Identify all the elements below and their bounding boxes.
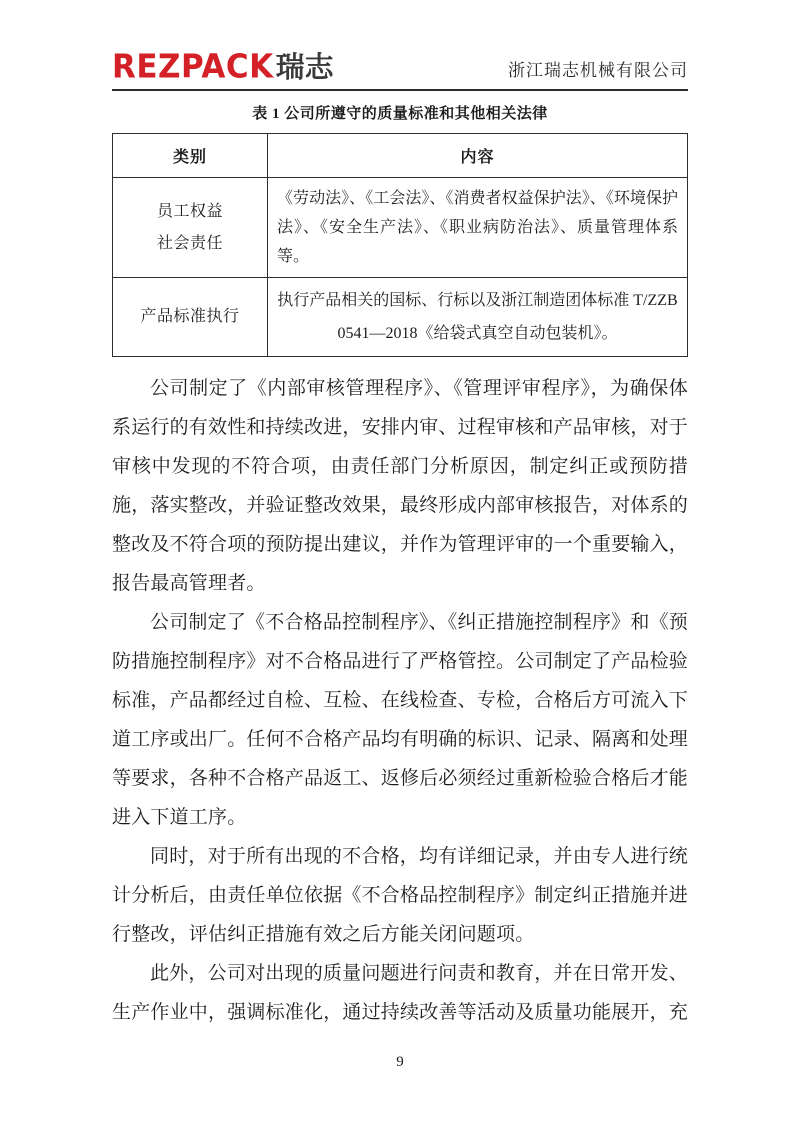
category-line: 产品标准执行 bbox=[113, 301, 267, 333]
paragraph: 此外，公司对出现的质量问题进行问责和教育，并在日常开发、生产作业中，强调标准化，… bbox=[112, 954, 688, 1032]
page-header: REZPACK瑞志 浙江瑞志机械有限公司 bbox=[112, 52, 688, 91]
logo-wordmark: REZPACK bbox=[112, 51, 274, 84]
company-name: 浙江瑞志机械有限公司 bbox=[508, 56, 688, 83]
logo-chinese-name: 瑞志 bbox=[276, 53, 334, 82]
body-text: 公司制定了《内部审核管理程序》、《管理评审程序》，为确保体系运行的有效性和持续改… bbox=[112, 369, 688, 1032]
page-footer: 9 bbox=[112, 1054, 688, 1071]
column-header-content: 内容 bbox=[268, 134, 688, 178]
company-logo: REZPACK瑞志 bbox=[112, 52, 334, 83]
content-cell: 执行产品相关的国标、行标以及浙江制造团体标准 T/ZZB 0541—2018《给… bbox=[268, 278, 688, 357]
content-cell: 《劳动法》、《工会法》、《消费者权益保护法》、《环境保护法》、《安全生产法》、《… bbox=[268, 178, 688, 278]
paragraph: 同时，对于所有出现的不合格，均有详细记录，并由专人进行统计分析后，由责任单位依据… bbox=[112, 837, 688, 954]
category-cell: 产品标准执行 bbox=[113, 278, 268, 357]
category-line: 员工权益 bbox=[113, 196, 267, 228]
standards-table: 类别 内容 员工权益 社会责任 《劳动法》、《工会法》、《消费者权益保护法》、《… bbox=[112, 133, 688, 357]
category-cell: 员工权益 社会责任 bbox=[113, 178, 268, 278]
table-caption: 表 1 公司所遵守的质量标准和其他相关法律 bbox=[112, 102, 688, 123]
table-row: 员工权益 社会责任 《劳动法》、《工会法》、《消费者权益保护法》、《环境保护法》… bbox=[113, 178, 688, 278]
document-page: REZPACK瑞志 浙江瑞志机械有限公司 表 1 公司所遵守的质量标准和其他相关… bbox=[0, 0, 800, 1131]
table-row: 产品标准执行 执行产品相关的国标、行标以及浙江制造团体标准 T/ZZB 0541… bbox=[113, 278, 688, 357]
category-line: 社会责任 bbox=[113, 228, 267, 260]
table-header-row: 类别 内容 bbox=[113, 134, 688, 178]
paragraph: 公司制定了《不合格品控制程序》、《纠正措施控制程序》和《预防措施控制程序》对不合… bbox=[112, 603, 688, 837]
page-number: 9 bbox=[396, 1054, 404, 1070]
column-header-category: 类别 bbox=[113, 134, 268, 178]
header-divider bbox=[112, 89, 688, 91]
paragraph: 公司制定了《内部审核管理程序》、《管理评审程序》，为确保体系运行的有效性和持续改… bbox=[112, 369, 688, 603]
